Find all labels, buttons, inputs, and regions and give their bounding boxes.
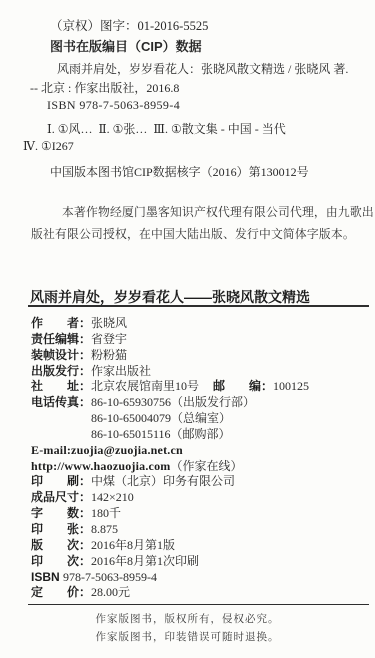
- email-address: E-mail:zuojia@zuojia.net.cn: [31, 443, 183, 457]
- cip-entry-imprint: -- 北京 : 作家出版社，2016.8: [30, 79, 179, 96]
- cip-record-number: 中国版本图书馆CIP数据核字（2016）第130012号: [50, 163, 309, 180]
- row-value: 2016年8月第1次印刷: [91, 554, 199, 568]
- row-colon: ：: [79, 522, 91, 536]
- row-value: 142×210: [91, 490, 134, 504]
- row-colon: ：: [261, 379, 273, 393]
- row-label: ISBN: [31, 570, 62, 586]
- row-value: 作家出版社: [91, 364, 151, 378]
- row-colon: ：: [79, 348, 91, 362]
- cip-data-header: 图书在版编目（CIP）数据: [50, 36, 202, 55]
- colophon-row-edition: 版次：2016年8月第1版: [31, 538, 365, 554]
- row-value: 粉粉猫: [91, 348, 127, 362]
- row-value: 省登宇: [91, 332, 127, 346]
- colophon-row-price: 定价：28.00元: [31, 585, 365, 601]
- colophon-row-website: http://www.haozuojia.com（作家在线）: [31, 459, 365, 475]
- copyright-page: （京权）图字：01-2016-5525 图书在版编目（CIP）数据 风雨并肩处，…: [0, 0, 375, 658]
- cip-entry-title: 风雨并肩处，岁岁看花人：张晓风散文精选 / 张晓风 著.: [57, 60, 348, 77]
- license-notice-line2: 版社有限公司授权，在中国大陆出版、发行中文简体字版本。: [31, 225, 355, 242]
- row-value: 86-10-65004079（总编室）: [91, 411, 231, 425]
- row-colon: ：: [79, 506, 91, 520]
- website-suffix: （作家在线）: [170, 459, 242, 473]
- colophon-row-impression: 印次：2016年8月第1次印刷: [31, 554, 365, 570]
- colophon-row-editor: 责任编辑：省登宇: [31, 332, 365, 348]
- row-label: 字数: [31, 506, 79, 522]
- colophon-row-design: 装帧设计：粉粉猫: [31, 348, 365, 364]
- colophon-row-sheets: 印张：8.875: [31, 522, 365, 538]
- footer-notice-line2: 作家版图书，印装错误可随时退换。: [0, 629, 375, 644]
- row-value: 北京农展馆南里10号: [91, 379, 199, 393]
- row-label: 定价: [31, 585, 79, 601]
- colophon-table: 作者：张晓风 责任编辑：省登宇 装帧设计：粉粉猫 出版发行：作家出版社 社址：北…: [31, 316, 365, 601]
- row-value: 张晓风: [91, 316, 127, 330]
- row-value: 中煤（北京）印务有限公司: [91, 474, 235, 488]
- footer-divider-rule: [28, 604, 369, 605]
- row-value: 86-10-65930756（出版发行部）: [91, 395, 255, 409]
- row-value-postcode: 100125: [273, 379, 309, 393]
- row-colon: ：: [79, 538, 91, 552]
- cip-classification-line1: Ⅰ. ①风… Ⅱ. ①张… Ⅲ. ①散文集 - 中国 - 当代: [47, 120, 286, 137]
- row-value: 28.00元: [91, 585, 130, 599]
- cip-registration-line: （京权）图字：01-2016-5525: [50, 16, 208, 34]
- title-divider-rule: [28, 305, 369, 307]
- license-notice-line1: 本著作物经厦门墨客知识产权代理有限公司代理，由九歌出: [62, 203, 374, 220]
- colophon-row-printer: 印刷：中煤（北京）印务有限公司: [31, 474, 365, 490]
- row-colon: ：: [79, 585, 91, 599]
- row-colon: ：: [79, 395, 91, 409]
- row-label: 印刷: [31, 474, 79, 490]
- row-label: 社址: [31, 379, 79, 395]
- row-label: 装帧设计: [31, 348, 79, 364]
- colophon-row-author: 作者：张晓风: [31, 316, 365, 332]
- colophon-row-phone-3: 86-10-65015116（邮购部）: [31, 427, 365, 443]
- colophon-row-email: E-mail:zuojia@zuojia.net.cn: [31, 443, 365, 459]
- row-colon: ：: [79, 316, 91, 330]
- row-value: 86-10-65015116（邮购部）: [91, 427, 231, 441]
- colophon-row-address: 社址：北京农展馆南里10号邮编：100125: [31, 379, 365, 395]
- row-label-postcode: 邮编: [213, 379, 261, 395]
- colophon-row-phone-1: 电话传真：86-10-65930756（出版发行部）: [31, 395, 365, 411]
- row-label: 出版发行: [31, 364, 79, 380]
- colophon-row-isbn: ISBN978-7-5063-8959-4: [31, 570, 365, 586]
- row-label: 成品尺寸: [31, 490, 79, 506]
- row-colon: ：: [79, 379, 91, 393]
- book-title: 风雨并肩处，岁岁看花人——张晓风散文精选: [30, 287, 310, 307]
- website-url: http://www.haozuojia.com: [31, 459, 170, 473]
- row-label: 版次: [31, 538, 79, 554]
- row-value: 180千: [91, 506, 121, 520]
- row-value: 8.875: [91, 522, 118, 536]
- row-value: 978-7-5063-8959-4: [63, 570, 157, 584]
- row-label: 印张: [31, 522, 79, 538]
- footer-notice-line1: 作家版图书，版权所有，侵权必究。: [0, 611, 375, 626]
- row-value: 2016年8月第1版: [91, 538, 175, 552]
- colophon-row-word-count: 字数：180千: [31, 506, 365, 522]
- row-colon: ：: [79, 364, 91, 378]
- row-label: 责任编辑: [31, 332, 79, 348]
- colophon-row-size: 成品尺寸：142×210: [31, 490, 365, 506]
- colophon-row-publisher: 出版发行：作家出版社: [31, 364, 365, 380]
- cip-classification-line2: Ⅳ. ①I267: [23, 139, 74, 154]
- row-colon: ：: [79, 474, 91, 488]
- row-colon: ：: [79, 332, 91, 346]
- row-label: 作者: [31, 316, 79, 332]
- row-colon: ：: [79, 490, 91, 504]
- cip-entry-isbn: ISBN 978-7-5063-8959-4: [47, 98, 180, 113]
- row-colon: ：: [79, 554, 91, 568]
- row-label: 电话传真: [31, 395, 79, 411]
- colophon-row-phone-2: 86-10-65004079（总编室）: [31, 411, 365, 427]
- row-label: 印次: [31, 554, 79, 570]
